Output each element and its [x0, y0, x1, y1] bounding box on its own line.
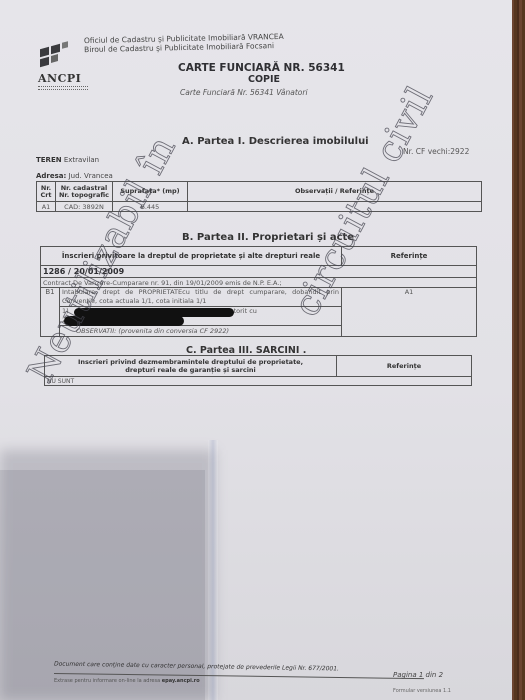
property-description-table: Nr. Crt Nr. cadastral Nr. topografic Sup…	[36, 181, 482, 212]
land-type: TEREN Extravilan	[36, 156, 99, 164]
column-header: Nr. cadastral Nr. topografic	[56, 182, 113, 202]
column-header: Referințe	[342, 247, 477, 266]
online-info-site: epay.ancpi.ro	[162, 678, 200, 684]
land-type-label: TEREN	[36, 156, 62, 164]
entry-reference: A1	[342, 288, 477, 337]
document-subtitle: Carte Funciară Nr. 56341 Vânatori	[180, 88, 308, 97]
ancpi-logo: ANCPI	[34, 40, 90, 92]
table-row: A1 CAD: 3892N 6.445	[37, 202, 482, 212]
online-info-text: Extrase pentru informare on-line la adre…	[54, 678, 160, 684]
section-a-heading: A. Partea I. Descrierea imobilului	[182, 136, 369, 147]
table-row: NU SUNT	[45, 377, 472, 386]
column-header: Nr. Crt	[37, 182, 56, 202]
column-header: Inscrieri privind dezmembramintele drept…	[45, 356, 337, 377]
copy-label: COPIE	[248, 74, 280, 85]
land-type-value: Extravilan	[64, 156, 99, 164]
column-header: Observații / Referințe	[188, 182, 482, 202]
encumbrances-value: NU SUNT	[45, 377, 472, 386]
table-header-row: Inscrieri privind dezmembramintele drept…	[45, 356, 472, 377]
encumbrances-table: Inscrieri privind dezmembramintele drept…	[44, 355, 472, 386]
address-label: Adresa:	[36, 172, 66, 180]
logo-text: ANCPI	[38, 72, 81, 85]
table-header-row: Nr. Crt Nr. cadastral Nr. topografic Sup…	[37, 182, 482, 202]
observation-note: OBSERVATII: (provenita din conversia CF …	[60, 326, 342, 337]
document-title: CARTE FUNCIARĂ NR. 56341	[178, 62, 345, 74]
online-info: Extrase pentru informare on-line la adre…	[54, 678, 200, 684]
paper-fold	[208, 440, 218, 700]
row-number: A1	[37, 202, 56, 212]
header-line: Inscrieri privind dezmembramintele drept…	[47, 358, 334, 366]
address: Adresa: Jud. Vrancea	[36, 172, 113, 180]
page-number: Pagina 1 din 2	[393, 671, 443, 679]
office-header: Oficiul de Cadastru și Publicitate Imobi…	[84, 32, 284, 54]
column-header: Referințe	[337, 356, 472, 377]
header-line: drepturi reale de garanție și sarcini	[47, 366, 334, 374]
form-version: Formular versiunea 1.1	[393, 688, 451, 694]
document-page: ANCPI Oficiul de Cadastru și Publicitate…	[0, 0, 512, 700]
address-value: Jud. Vrancea	[69, 172, 113, 180]
